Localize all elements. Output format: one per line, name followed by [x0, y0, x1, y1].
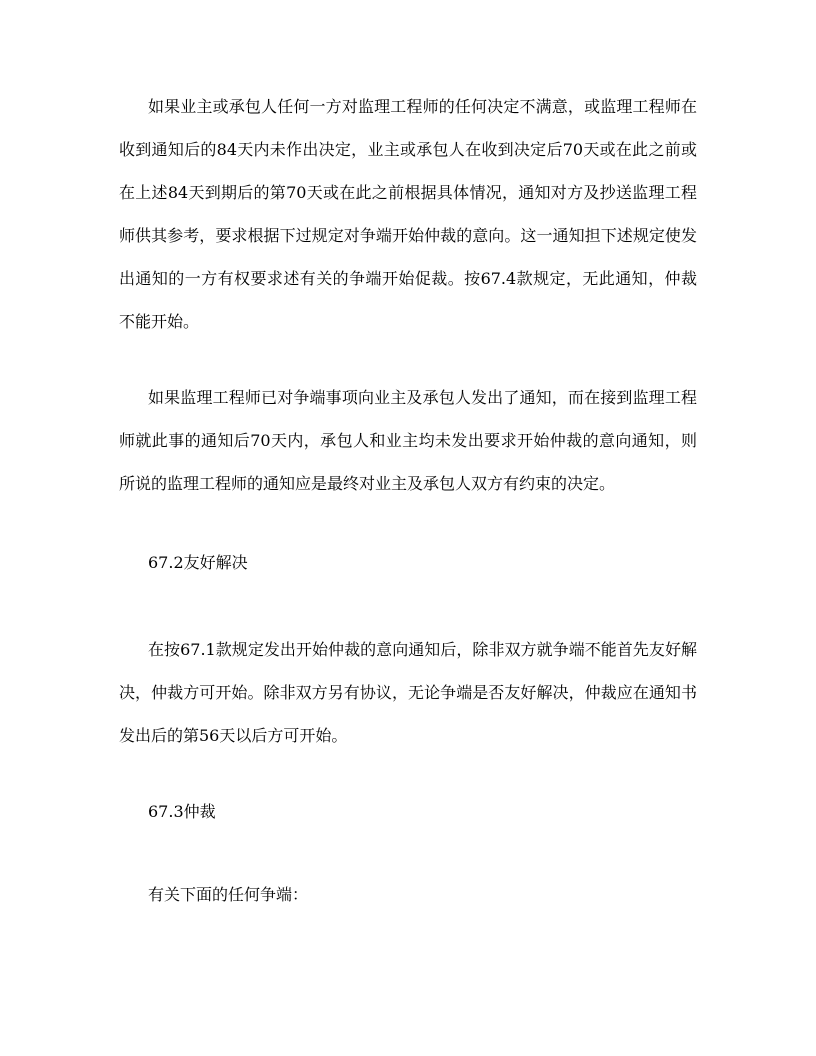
heading-67-2-amicable-settlement: 67.2友好解决: [119, 541, 697, 584]
paragraph-engineer-notice-binding: 如果监理工程师已对争端事项向业主及承包人发出了通知，而在接到监理工程师就此事的通…: [119, 376, 697, 505]
paragraph-any-dispute-lead-in: 有关下面的任何争端：: [119, 873, 697, 916]
document-page: 如果业主或承包人任何一方对监理工程师的任何决定不满意，或监理工程师在收到通知后的…: [0, 0, 816, 1056]
paragraph-arbitration-commencement: 在按67.1款规定发出开始仲裁的意向通知后，除非双方就争端不能首先友好解决，仲裁…: [119, 628, 697, 757]
heading-67-3-arbitration: 67.3仲裁: [119, 790, 697, 833]
paragraph-dispute-decision-notice: 如果业主或承包人任何一方对监理工程师的任何决定不满意，或监理工程师在收到通知后的…: [119, 85, 697, 343]
